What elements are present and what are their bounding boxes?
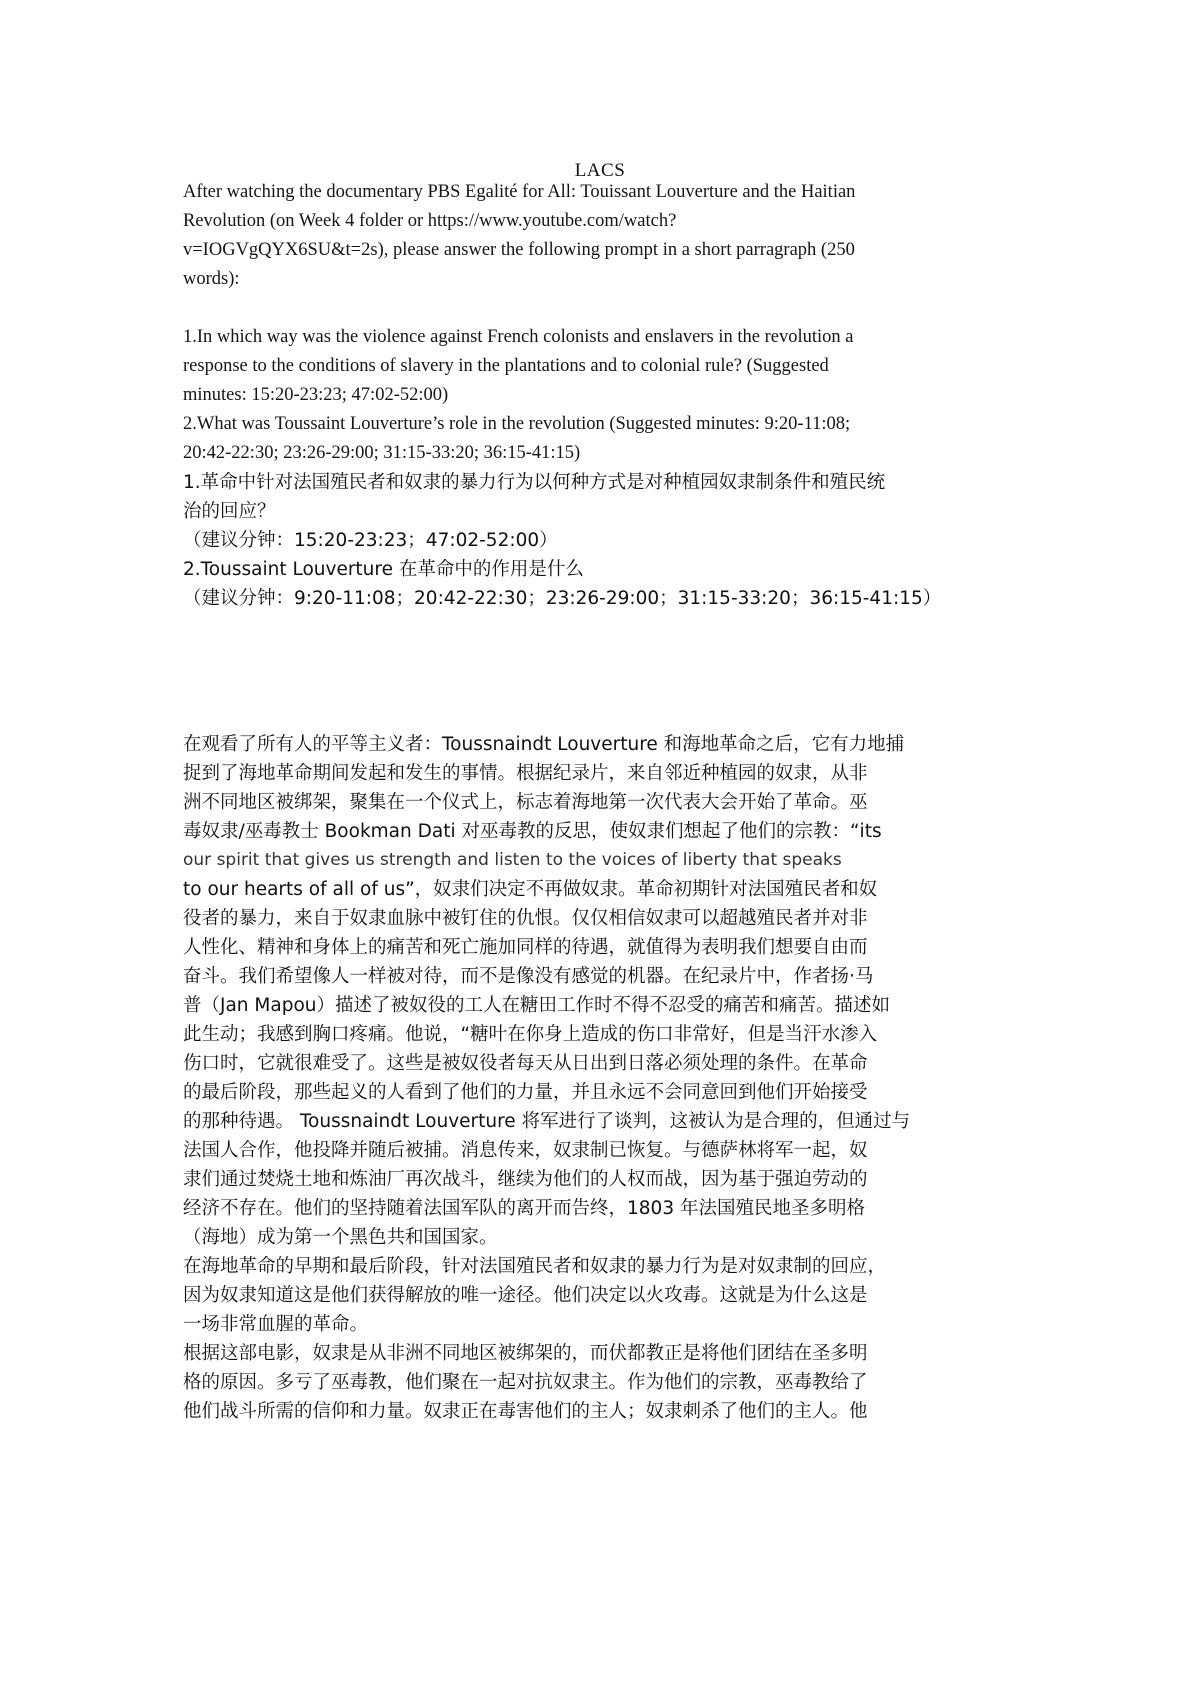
answer-line: 一场非常血腥的革命。: [183, 1310, 1023, 1339]
intro-line: v=IOGVgQYX6SU&t=2s), please answer the f…: [183, 236, 1023, 265]
translation-line: 2.Toussaint Louverture 在革命中的作用是什么: [183, 555, 1023, 584]
answer-line: 奋斗。我们希望像人一样被对待，而不是像没有感觉的机器。在纪录片中，作者扬·马: [183, 962, 1023, 991]
answer-line: 捉到了海地革命期间发起和发生的事情。根据纪录片，来自邻近种植园的奴隶，从非: [183, 759, 1023, 788]
answer-essay: 在观看了所有人的平等主义者：Toussnaindt Louverture 和海地…: [183, 730, 1023, 1426]
answer-line: 经济不存在。他们的坚持随着法国军队的离开而告终，1803 年法国殖民地圣多明格: [183, 1194, 1023, 1223]
intro-line: Revolution (on Week 4 folder or https://…: [183, 207, 1023, 236]
answer-line: 的最后阶段，那些起义的人看到了他们的力量，并且永远不会同意回到他们开始接受: [183, 1078, 1023, 1107]
document-page: LACS After watching the documentary PBS …: [0, 0, 1200, 1698]
answer-line: 普（Jan Mapou）描述了被奴役的工人在糖田工作时不得不忍受的痛苦和痛苦。描…: [183, 991, 1023, 1020]
answer-line: 他们战斗所需的信仰和力量。奴隶正在毒害他们的主人；奴隶刺杀了他们的主人。他: [183, 1397, 1023, 1426]
answer-line: 洲不同地区被绑架，聚集在一个仪式上，标志着海地第一次代表大会开始了革命。巫: [183, 788, 1023, 817]
answer-line: 的那种待遇。 Toussnaindt Louverture 将军进行了谈判，这被…: [183, 1107, 1023, 1136]
prompt-intro: After watching the documentary PBS Egali…: [183, 178, 1023, 468]
question-2-line: 20:42-22:30; 23:26-29:00; 31:15-33:20; 3…: [183, 439, 1023, 468]
translation-line: 1.革命中针对法国殖民者和奴隶的暴力行为以何种方式是对种植园奴隶制条件和殖民统: [183, 468, 1023, 497]
answer-line: 在观看了所有人的平等主义者：Toussnaindt Louverture 和海地…: [183, 730, 1023, 759]
answer-line: 人性化、精神和身体上的痛苦和死亡施加同样的待遇，就值得为表明我们想要自由而: [183, 933, 1023, 962]
answer-line: 伤口时，它就很难受了。这些是被奴役者每天从日出到日落必须处理的条件。在革命: [183, 1049, 1023, 1078]
question-1-line: minutes: 15:20-23:23; 47:02-52:00): [183, 381, 1023, 410]
answer-line: （海地）成为第一个黑色共和国国家。: [183, 1223, 1023, 1252]
translation-line: 治的回应？: [183, 497, 1023, 526]
question-1-line: response to the conditions of slavery in…: [183, 352, 1023, 381]
answer-line: 法国人合作，他投降并随后被捕。消息传来，奴隶制已恢复。与德萨林将军一起，奴: [183, 1136, 1023, 1165]
answer-line: 毒奴隶/巫毒教士 Bookman Dati 对巫毒教的反思，使奴隶们想起了他们的…: [183, 817, 1023, 846]
answer-line: to our hearts of all of us”，奴隶们决定不再做奴隶。革…: [183, 875, 1023, 904]
intro-line: After watching the documentary PBS Egali…: [183, 178, 1023, 207]
answer-line: 此生动；我感到胸口疼痛。他说，“糖叶在你身上造成的伤口非常好，但是当汗水渗入: [183, 1020, 1023, 1049]
answer-line-quote: our spirit that gives us strength and li…: [183, 846, 1023, 875]
answer-line: 役者的暴力，来自于奴隶血脉中被钉住的仇恨。仅仅相信奴隶可以超越殖民者并对非: [183, 904, 1023, 933]
answer-line: 根据这部电影，奴隶是从非洲不同地区被绑架的，而伏都教正是将他们团结在圣多明: [183, 1339, 1023, 1368]
answer-line: 格的原因。多亏了巫毒教，他们聚在一起对抗奴隶主。作为他们的宗教，巫毒教给了: [183, 1368, 1023, 1397]
answer-line: 因为奴隶知道这是他们获得解放的唯一途径。他们决定以火攻毒。这就是为什么这是: [183, 1281, 1023, 1310]
question-1-line: 1.In which way was the violence against …: [183, 323, 1023, 352]
translation-line: （建议分钟：9:20-11:08；20:42-22:30；23:26-29:00…: [183, 584, 1023, 613]
answer-line: 在海地革命的早期和最后阶段，针对法国殖民者和奴隶的暴力行为是对奴隶制的回应，: [183, 1252, 1023, 1281]
translation-line: （建议分钟：15:20-23:23；47:02-52:00）: [183, 526, 1023, 555]
answer-line: 隶们通过焚烧土地和炼油厂再次战斗，继续为他们的人权而战，因为基于强迫劳动的: [183, 1165, 1023, 1194]
intro-line: words):: [183, 265, 1023, 294]
question-2-line: 2.What was Toussaint Louverture’s role i…: [183, 410, 1023, 439]
prompt-translation: 1.革命中针对法国殖民者和奴隶的暴力行为以何种方式是对种植园奴隶制条件和殖民统 …: [183, 468, 1023, 613]
